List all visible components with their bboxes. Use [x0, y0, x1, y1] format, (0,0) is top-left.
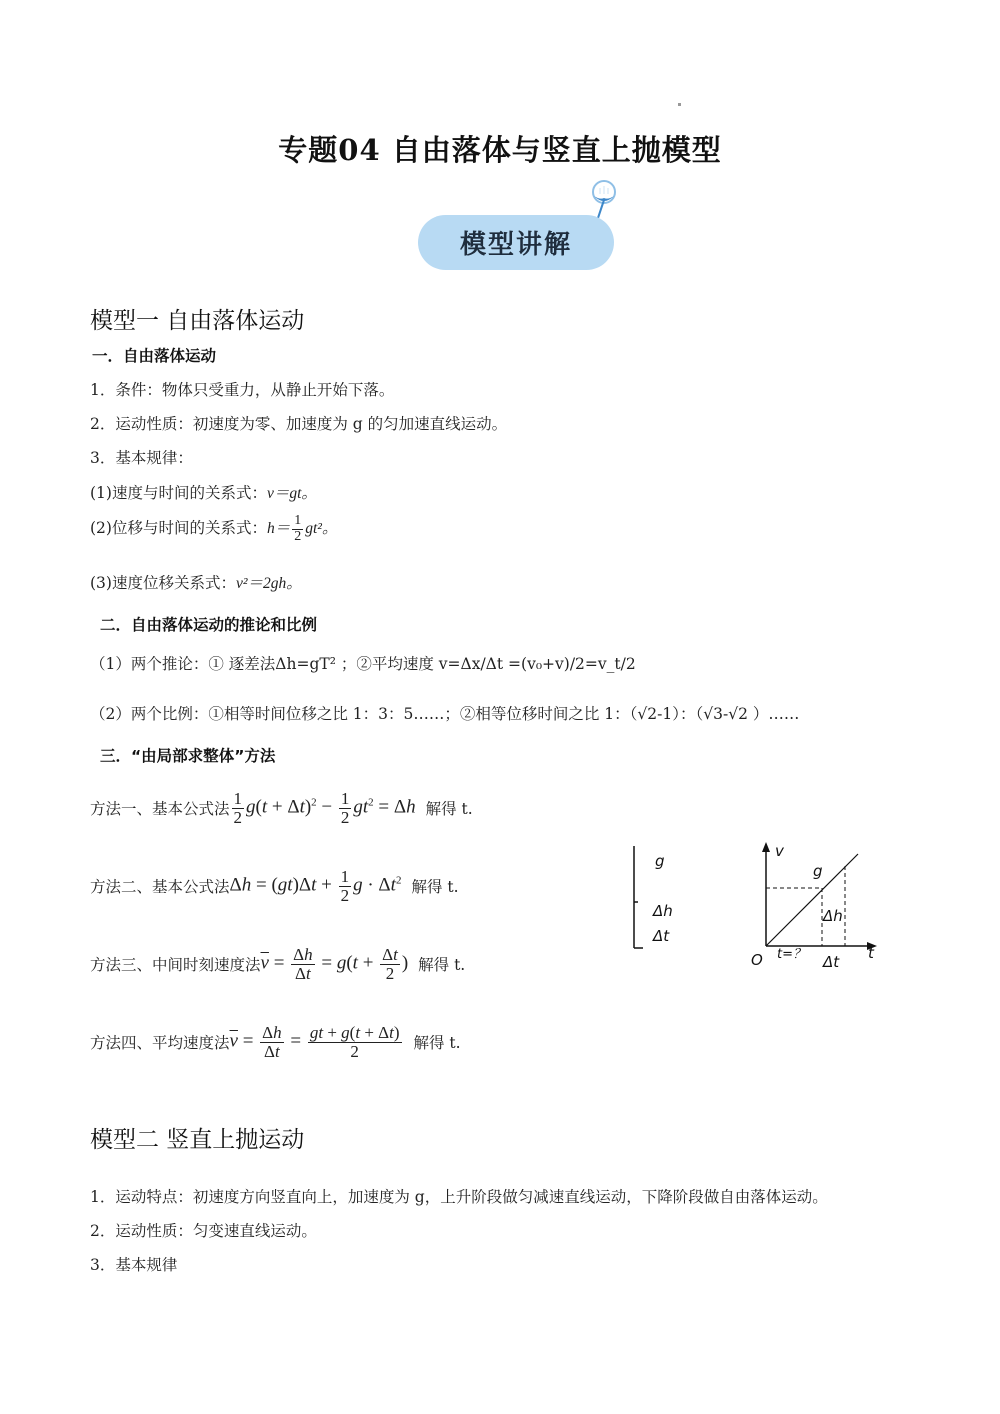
method2-suffix: 解得 t.	[411, 875, 458, 897]
slope-label-g: g	[813, 862, 823, 880]
section-banner: 模型讲解	[418, 215, 614, 270]
bar-label-g: g	[655, 852, 665, 870]
section2-heading: 二．自由落体运动的推论和比例	[100, 613, 317, 635]
law2-lhs: h＝	[267, 520, 290, 537]
law2-rhs: gt²。	[305, 520, 337, 537]
free-fall-diagram: g Δh Δt v g Δh O t=？ Δt t	[625, 838, 895, 978]
model2-motion-nature: 2．运动性质：匀变速直线运动。	[90, 1219, 317, 1241]
condition-text: 1．条件：物体只受重力，从静止开始下落。	[90, 378, 394, 400]
inference-text: （1）两个推论：① 逐差法Δh=gT² ；②平均速度 v=Δx/Δt =(v₀+…	[90, 652, 636, 674]
bar-label-dt: Δt	[652, 927, 670, 945]
method2-label: 方法二、基本公式法	[90, 875, 230, 897]
method4-formula: v = ΔhΔt = gt + g(t + Δt)2	[230, 1024, 404, 1061]
dandelion-flower-icon	[586, 178, 620, 220]
ratio-text: （2）两个比例：①相等时间位移之比 1：3：5……；②相等位移时间之比 1：（√…	[90, 702, 799, 724]
method3-label: 方法三、中间时刻速度法	[90, 953, 261, 975]
motion-nature-text: 2．运动性质：初速度为零、加速度为 g 的匀加速直线运动。	[90, 412, 507, 434]
method-1: 方法一、基本公式法 12g(t + Δt)2 − 12gt2 = Δh 解得 t…	[90, 790, 473, 827]
t-unknown-label: t=？	[777, 947, 806, 962]
section1-heading: 一．自由落体运动	[92, 344, 216, 366]
law3-formula: v²＝2gh。	[236, 575, 302, 592]
basic-laws-label: 3．基本规律：	[90, 446, 193, 468]
law1-formula: v＝gt。	[267, 485, 317, 502]
bar-label-dh: Δh	[652, 902, 673, 920]
law-velocity-time: (1)速度与时间的关系式：v＝gt。	[90, 481, 317, 503]
fraction-half: 12	[292, 514, 303, 544]
method1-label: 方法一、基本公式法	[90, 797, 230, 819]
method4-suffix: 解得 t.	[414, 1031, 461, 1053]
law2-label: (2)位移与时间的关系式：	[90, 519, 267, 537]
law3-label: (3)速度位移关系式：	[90, 574, 236, 592]
method3-suffix: 解得 t.	[418, 953, 465, 975]
method4-label: 方法四、平均速度法	[90, 1031, 230, 1053]
law1-label: (1)速度与时间的关系式：	[90, 484, 267, 502]
method-4: 方法四、平均速度法 v = ΔhΔt = gt + g(t + Δt)2 解得 …	[90, 1024, 461, 1061]
model2-motion-feature: 1．运动特点：初速度方向竖直向上，加速度为 g，上升阶段做匀减速直线运动，下降阶…	[90, 1185, 828, 1207]
model2-heading: 模型二 竖直上抛运动	[90, 1121, 304, 1154]
area-label-dh: Δh	[822, 907, 843, 925]
method2-formula: Δh = (gt)Δt + 12g · Δt2	[230, 868, 402, 905]
method3-formula: v = ΔhΔt = g(t + Δt2)	[261, 946, 409, 983]
method1-formula: 12g(t + Δt)2 − 12gt2 = Δh	[230, 790, 416, 827]
scan-artifact-dot	[678, 103, 681, 106]
axis-label-v: v	[775, 842, 785, 860]
numerator: 1	[292, 514, 303, 530]
law-displacement-time: (2)位移与时间的关系式：h＝12gt²。	[90, 514, 337, 544]
segment-bar: g Δh Δt	[634, 846, 673, 948]
vt-graph: v g Δh O t=？ Δt t	[751, 842, 877, 971]
method1-suffix: 解得 t.	[426, 797, 473, 819]
section3-heading: 三．“由局部求整体”方法	[100, 744, 275, 766]
origin-label: O	[751, 951, 763, 969]
model1-heading: 模型一 自由落体运动	[90, 302, 304, 335]
dt-label: Δt	[822, 953, 840, 971]
law-velocity-displacement: (3)速度位移关系式：v²＝2gh。	[90, 571, 302, 593]
method-3: 方法三、中间时刻速度法 v = ΔhΔt = g(t + Δt2) 解得 t.	[90, 946, 465, 983]
method-2: 方法二、基本公式法 Δh = (gt)Δt + 12g · Δt2 解得 t.	[90, 868, 459, 905]
model2-basic-laws: 3．基本规律	[90, 1253, 177, 1275]
denominator: 2	[292, 530, 303, 545]
document-title: 专题04 自由落体与竖直上抛模型	[0, 128, 1000, 169]
